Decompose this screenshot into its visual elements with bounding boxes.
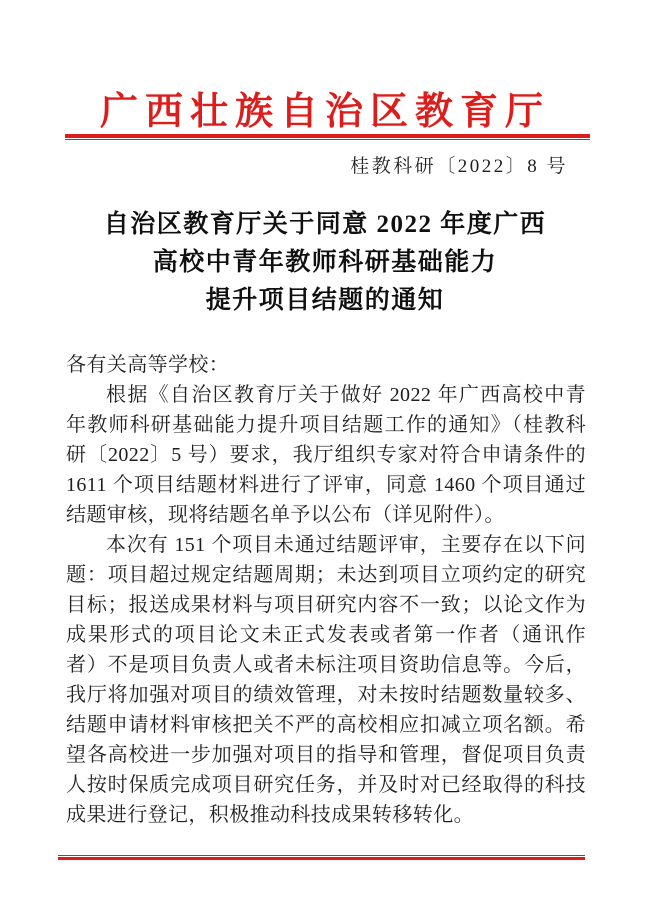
footer-divider-thick-line xyxy=(58,857,585,860)
body-paragraph-1: 根据《自治区教育厅关于做好 2022 年广西高校中青年教师科研基础能力提升项目结… xyxy=(66,380,586,530)
document-title: 自治区教育厅关于同意 2022 年度广西 高校中青年教师科研基础能力 提升项目结… xyxy=(0,206,650,320)
document-title-line-3: 提升项目结题的通知 xyxy=(0,282,650,320)
header-divider-thin-line xyxy=(65,139,590,140)
document-body: 各有关高等学校： 根据《自治区教育厅关于做好 2022 年广西高校中青年教师科研… xyxy=(66,350,586,830)
agency-letterhead: 广西壮族自治区教育厅 xyxy=(0,80,650,135)
footer-divider-line xyxy=(58,855,585,860)
document-number: 桂教科研〔2022〕8 号 xyxy=(0,151,650,178)
document-title-line-2: 高校中青年教师科研基础能力 xyxy=(0,244,650,282)
official-document-page: 广西壮族自治区教育厅 桂教科研〔2022〕8 号 自治区教育厅关于同意 2022… xyxy=(0,0,650,919)
header-divider-thick-line xyxy=(65,134,590,138)
salutation: 各有关高等学校： xyxy=(66,350,586,380)
body-paragraph-2: 本次有 151 个项目未通过结题评审，主要存在以下问题：项目超过规定结题周期；未… xyxy=(66,530,586,830)
document-title-line-1: 自治区教育厅关于同意 2022 年度广西 xyxy=(0,206,650,244)
footer-divider-thin-line xyxy=(58,855,585,856)
header-divider-line xyxy=(65,134,590,140)
